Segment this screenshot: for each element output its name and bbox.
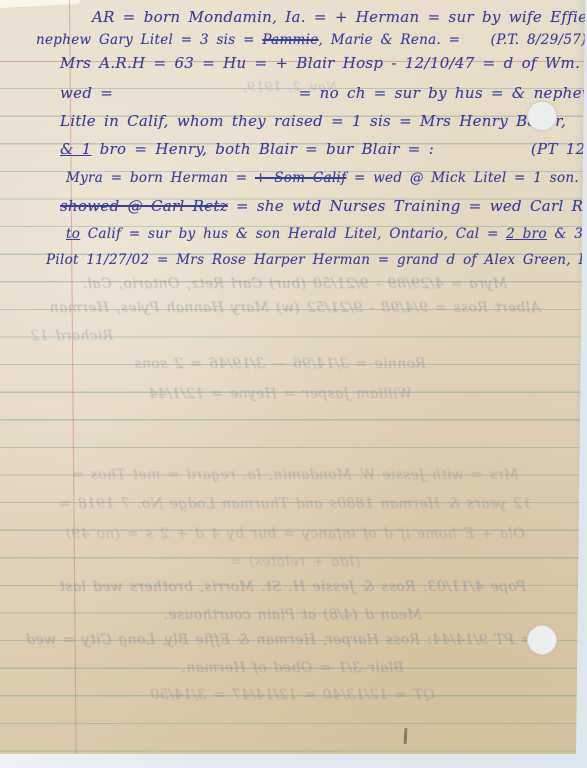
bleedthrough-line: QT = 12/13/40 = 12/14/47 = 3/14/50 [20,687,565,703]
handwriting-line: AR = born Mondamin, Ia. = + Herman = sur… [92,8,587,26]
handwriting-line: showed @ Carl Retz = she wtd Nurses Trai… [60,197,587,215]
handwriting-line: Mrs A.R.H = 63 = Hu = + Blair Hosp - 12/… [60,54,587,72]
bleedthrough-line: Myra = 4/29/89 - 9/21/50 (bur) Carl Retz… [30,276,560,292]
scanned-page-view: { "colors": { "ink": "#3a3f99", "paper_t… [0,0,587,768]
handwriting-line: Litle in Calif, whom they raised = 1 sis… [60,112,566,130]
handwriting-line: wed = = no ch = sur by hus = & nephew Ge… [60,84,587,102]
bleedthrough-line: Richard 12 [30,328,550,344]
ruled-lines [0,88,583,752]
bleedthrough-line: Albert Ross = 9/4/98 - 9/21/52 (w) Mary … [25,300,565,316]
bleedthrough-line: Pope 4/11/03: Ross & Jessie H. St. Morri… [20,579,565,595]
bleedthrough-line: Mrs = with Jessie W. Mondamin, Ia. regar… [25,467,565,483]
punch-hole-bottom [527,625,557,655]
bleedthrough-line: Mean d (4/8) at Plain courthouse. [20,607,565,623]
bleedthrough-line: M = PT 9/14/44: Ross Harper, Herman & Ef… [15,632,565,648]
punch-hole-top [527,101,557,131]
handwriting-line: nephew Gary Litel = 3 sis = Pammie, Mari… [36,32,587,48]
bleedthrough-line: Ronnie = 3/14/96 — 3/19/46 = 2 sons [15,356,545,372]
notebook-paper: Nov. 2, 1919, Myra = 4/29/89 - 9/21/50 (… [0,0,587,754]
handwriting-line: Pilot 11/27/02 = Mrs Rose Harper Herman … [46,252,587,268]
bleedthrough-line: Ola + E home if d of infancy = bur by 4 … [25,526,565,542]
bleedthrough-line: William Jasper = Heyne = 12/1/44 [15,386,545,402]
handwriting-line: & 1 bro = Henry, both Blair = bur Blair … [60,140,587,158]
bleedthrough-line: Blair 3/1 = Obed of Herman. [20,660,565,676]
handwriting-line: to Calif = sur by hus & son Herald Litel… [66,226,587,242]
handwriting-line: Myra = born Herman = + Som Calif = wed @… [66,170,587,186]
bleedthrough-line: 12 years & Herman 1880s and Thurman Lodg… [25,496,565,512]
bleedthrough-line: (Ida + relates) = [25,554,565,570]
